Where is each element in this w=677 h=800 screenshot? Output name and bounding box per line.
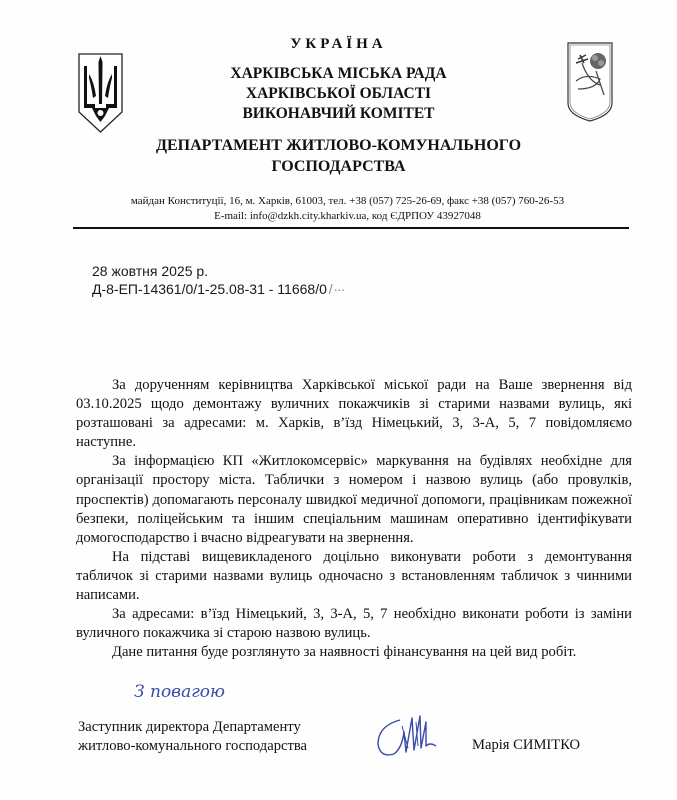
signatory-name: Марія СИМІТКО [472, 737, 580, 754]
address-line: майдан Конституції, 16, м. Харків, 61003… [18, 194, 677, 209]
reference-number-text: Д-8-ЕП-14361/0/1-25.08-31 - 11668/0 [92, 281, 327, 297]
contact-details: майдан Конституції, 16, м. Харків, 61003… [0, 194, 677, 224]
reference-number-faded-tail: / ··· [327, 281, 344, 297]
department-heading: ДЕПАРТАМЕНТ ЖИТЛОВО-КОМУНАЛЬНОГО ГОСПОДА… [0, 135, 677, 177]
handwritten-regards: З повагою [134, 682, 225, 702]
council-line: ВИКОНАВЧИЙ КОМІТЕТ [0, 104, 677, 124]
country-heading: УКРАЇНА [0, 36, 677, 53]
header-divider [73, 227, 629, 229]
body-paragraph: За адресами: в’їзд Німецький, 3, 3-А, 5,… [76, 605, 632, 643]
council-heading: ХАРКІВСЬКА МІСЬКА РАДА ХАРКІВСЬКОЇ ОБЛАС… [0, 64, 677, 124]
department-line: ДЕПАРТАМЕНТ ЖИТЛОВО-КОМУНАЛЬНОГО [0, 135, 677, 156]
letter-body: За дорученням керівництва Харківської мі… [76, 376, 632, 662]
handwritten-signature-icon [372, 712, 442, 760]
body-paragraph: За інформацією КП «Житлокомсервіс» марку… [76, 452, 632, 547]
body-paragraph: За дорученням керівництва Харківської мі… [76, 376, 632, 452]
department-line: ГОСПОДАРСТВА [0, 156, 677, 177]
body-paragraph: На підставі вищевикладеного доцільно вик… [76, 548, 632, 605]
body-paragraph: Дане питання буде розглянуто за наявност… [76, 643, 632, 662]
council-line: ХАРКІВСЬКА МІСЬКА РАДА [0, 64, 677, 84]
letter-date: 28 жовтня 2025 р. [92, 262, 344, 280]
reference-number: Д-8-ЕП-14361/0/1-25.08-31 - 11668/0 / ··… [92, 280, 344, 298]
council-line: ХАРКІВСЬКОЇ ОБЛАСТІ [0, 84, 677, 104]
date-reference-block: 28 жовтня 2025 р. Д-8-ЕП-14361/0/1-25.08… [92, 262, 344, 298]
signatory-title-line: житлово-комунального господарства [78, 737, 307, 756]
letter-page: УКРАЇНА ХАРКІВСЬКА МІСЬКА РАДА ХАРКІВСЬК… [0, 0, 677, 800]
email-line: E-mail: info@dzkh.city.kharkiv.ua, код Є… [18, 209, 677, 224]
signatory-title: Заступник директора Департаменту житлово… [78, 718, 307, 756]
signatory-title-line: Заступник директора Департаменту [78, 718, 307, 737]
